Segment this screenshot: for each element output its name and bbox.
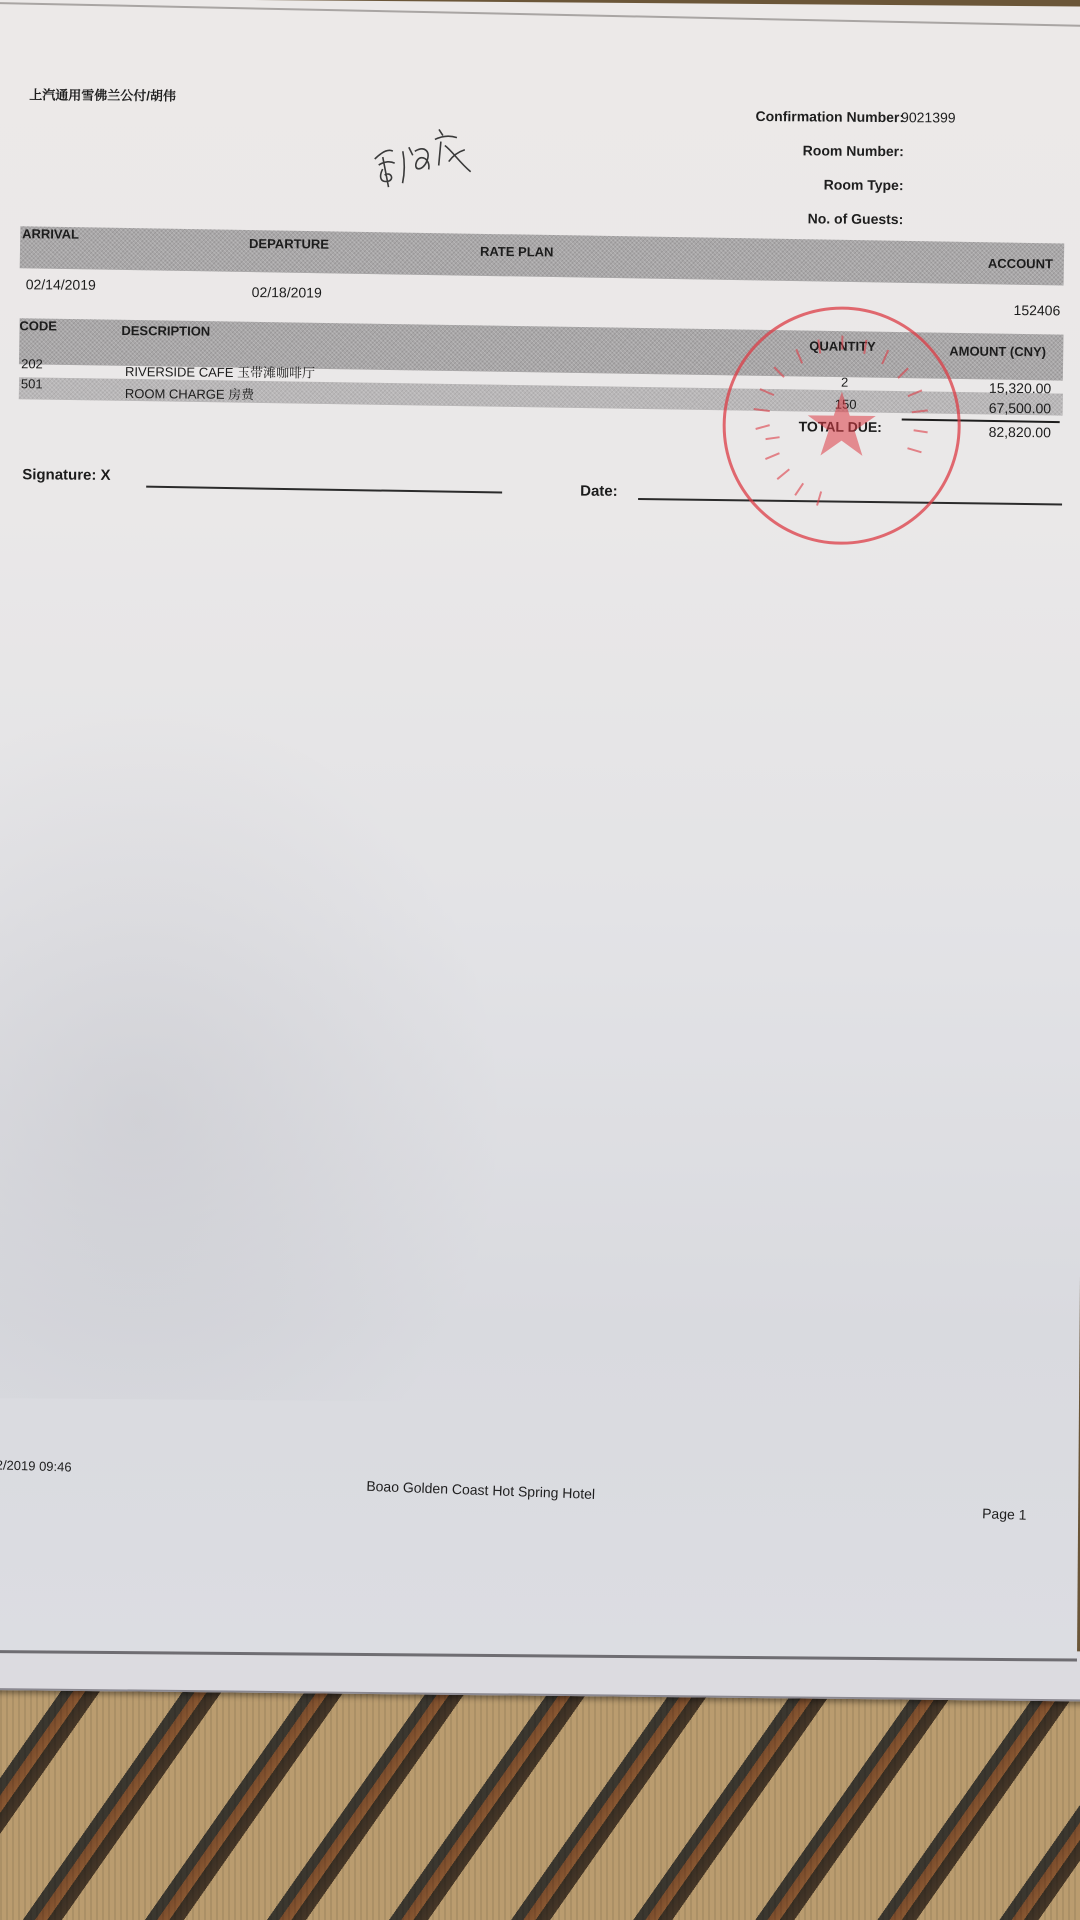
charge-amount: 15,320.00: [989, 380, 1051, 396]
charge-code: 202: [21, 356, 43, 371]
departure-header: DEPARTURE: [249, 236, 329, 252]
rate-plan-header: RATE PLAN: [480, 244, 554, 260]
description-header: DESCRIPTION: [121, 323, 210, 339]
charge-description: ROOM CHARGE 房费: [125, 383, 254, 403]
room-type-value: [900, 175, 955, 209]
date-line[interactable]: [638, 498, 1062, 506]
company-billing-line: 上汽通用雪佛兰公付/胡伟: [29, 84, 176, 104]
room-number-label: Room Number:: [755, 140, 904, 175]
charge-code: 501: [21, 376, 43, 391]
folio-content: 上汽通用雪佛兰公付/胡伟 Confirmation Number: Room N…: [0, 0, 1080, 1658]
charge-row: 202 RIVERSIDE CAFE 玉带滩咖啡厅 2 15,320.00: [0, 0, 1080, 8]
confirmation-number-label: Confirmation Number:: [755, 106, 904, 141]
charge-description: RIVERSIDE CAFE 玉带滩咖啡厅: [125, 361, 315, 381]
room-number-value: [901, 141, 956, 175]
handwritten-signature: [368, 121, 479, 192]
room-type-label: Room Type:: [755, 174, 904, 209]
folio-paper: 上汽通用雪佛兰公付/胡伟 Confirmation Number: Room N…: [0, 0, 1080, 1662]
account-number: 152406: [1014, 302, 1061, 318]
quantity-header: QUANTITY: [809, 338, 876, 354]
signature-line[interactable]: [146, 486, 502, 494]
charge-quantity: 150: [835, 397, 857, 412]
reservation-info-values: 9021399: [900, 107, 956, 243]
confirmation-number-value: 9021399: [901, 107, 956, 141]
signature-label: Signature: X: [22, 466, 110, 484]
charge-quantity: 2: [841, 375, 848, 390]
hotel-name: Boao Golden Coast Hot Spring Hotel: [366, 1478, 595, 1502]
page-number: Page 1: [982, 1505, 1027, 1523]
total-due-label: TOTAL DUE:: [799, 418, 882, 435]
guests-value: [900, 209, 955, 243]
printed-timestamp: 12/2019 09:46: [0, 1457, 72, 1474]
arrival-header: ARRIVAL: [22, 226, 79, 241]
charge-amount: 67,500.00: [989, 400, 1051, 416]
reservation-info-labels: Confirmation Number: Room Number: Room T…: [755, 106, 905, 243]
arrival-date: 02/14/2019: [26, 276, 96, 293]
code-header: CODE: [19, 318, 57, 333]
total-due-amount: 82,820.00: [989, 424, 1051, 440]
charge-row: 501 ROOM CHARGE 房费 150 67,500.00: [0, 0, 1080, 8]
carpet-background: [0, 1680, 1080, 1920]
total-rule: [902, 418, 1060, 423]
amount-header: AMOUNT (CNY): [949, 344, 1046, 360]
date-label: Date:: [580, 483, 618, 500]
departure-date: 02/18/2019: [252, 284, 322, 301]
account-header: ACCOUNT: [988, 256, 1053, 272]
